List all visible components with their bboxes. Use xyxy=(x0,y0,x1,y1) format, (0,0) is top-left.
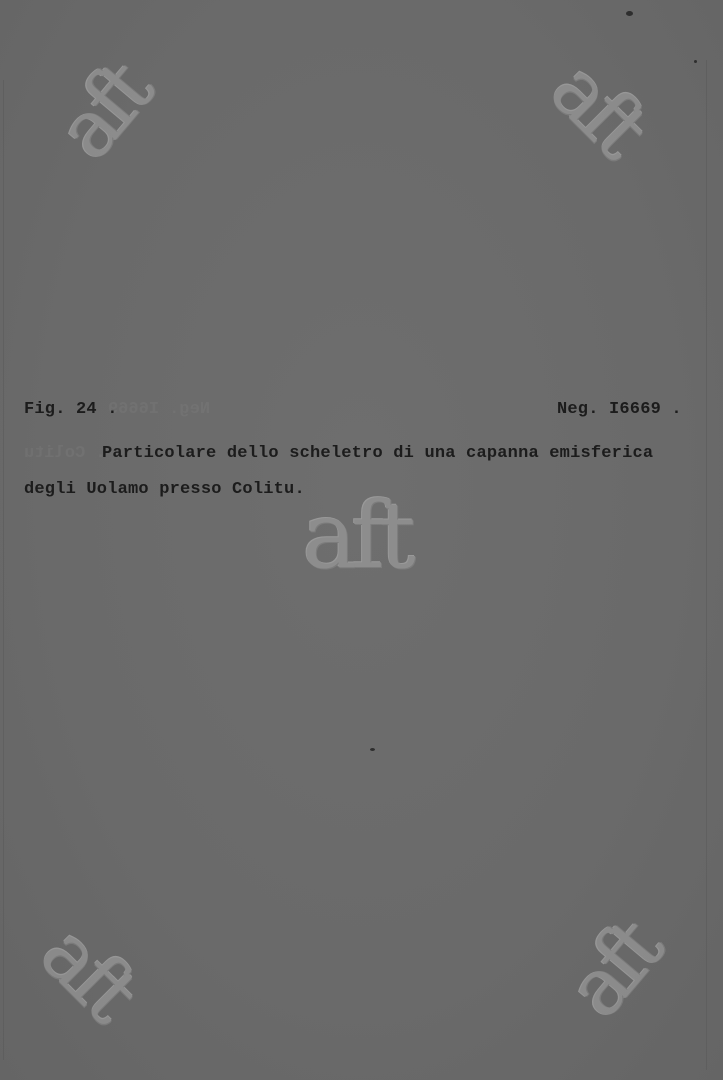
watermark-top-right: aft xyxy=(537,47,658,168)
scan-edge-right xyxy=(706,60,707,1070)
scanned-document-page: aft aft aft aft aft Neg. I6669 . Colitu … xyxy=(0,0,723,1080)
bleed-through-text: Neg. I6669 xyxy=(108,400,210,419)
bleed-through-text: . Colitu xyxy=(24,444,106,463)
dust-speck xyxy=(370,748,375,751)
figure-number: Fig. 24 . xyxy=(24,400,118,419)
negative-number: Neg. I6669 . xyxy=(557,400,682,419)
caption-line-1: Particolare dello scheletro di una capan… xyxy=(102,444,653,463)
scan-edge-left xyxy=(3,80,4,1060)
dust-speck xyxy=(694,60,697,63)
dust-speck xyxy=(626,11,633,16)
watermark-bottom-right: aft xyxy=(554,909,674,1030)
watermark-bottom-left: aft xyxy=(27,911,148,1032)
watermark-top-left: aft xyxy=(44,51,164,172)
watermark-center: aft xyxy=(302,490,410,582)
caption-line-2: degli Uolamo presso Colitu. xyxy=(24,480,305,499)
